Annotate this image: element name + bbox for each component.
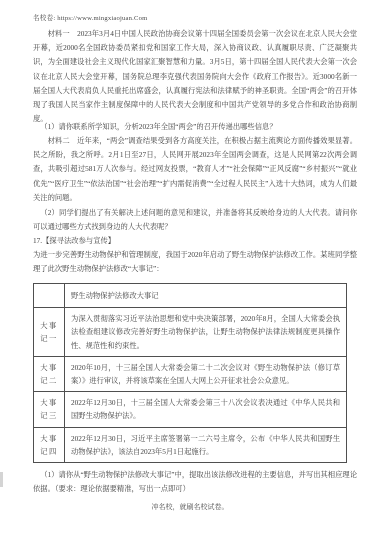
event-text: 2020年10月，十三届全国人大常委会第二十二次会议对《野生动物保护法（修订草案… <box>65 356 347 391</box>
material-two-paragraph: 材料二 近年来，“两会”调查结果受到各方高度关注，在积极占据主流舆论方面传播效果… <box>33 134 357 205</box>
event-label: 大事记一 <box>34 308 65 357</box>
table-row: 大事记四 2022年12月30日，习近平主席签署第一二六号主席令，公布《中华人民… <box>34 427 347 462</box>
question-16-sub1: （1）请你联系所学知识，分析2023年全国“两会”的召开传递出哪些信息？ <box>33 120 357 134</box>
event-label: 大事记三 <box>34 392 65 427</box>
table-header-row: 野生动物保护法修改大事记 <box>34 284 347 308</box>
question-16-sub2: （2）同学们提出了有关解决上述问题的意见和建议，并准备将其反映给身边的人大代表。… <box>33 206 357 234</box>
event-text: 2022年12月30日，十三届全国人大常委会第三十八次会议表决通过《中华人民共和… <box>65 392 347 427</box>
event-label: 大事记二 <box>34 356 65 391</box>
material-one-paragraph: 材料一 2023年3月4日中国人民政治协商会议第十四届全国委员会第一次会议在北京… <box>33 27 357 126</box>
table-row: 大事记三 2022年12月30日，十三届全国人大常委会第三十八次会议表决通过《中… <box>34 392 347 427</box>
table-row: 大事记一 为深入贯彻落实习近平法治思想和党中央决策部署，2020年8月，全国人大… <box>34 308 347 357</box>
table-corner-cell <box>34 284 65 308</box>
events-table: 野生动物保护法修改大事记 大事记一 为深入贯彻落实习近平法治思想和党中央决策部署… <box>33 283 347 463</box>
table-row: 大事记二 2020年10月，十三届全国人大常委会第二十二次会议对《野生动物保护法… <box>34 356 347 391</box>
footer-slogan: 冲名校，就刷名校试卷。 <box>0 502 380 512</box>
event-text: 为深入贯彻落实习近平法治思想和党中央决策部署，2020年8月，全国人大常委会执法… <box>65 308 347 357</box>
site-header: 名校卷: https://www.mingxiaojuan.Com <box>33 14 357 23</box>
table-title: 野生动物保护法修改大事记 <box>65 284 347 308</box>
question-17-heading: 17.【探寻法改参与宣传】 <box>33 234 357 248</box>
question-17-intro: 为进一步完善野生动物保护和管理制度，我国于2020年启动了野生动物保护法修改工作… <box>33 248 357 276</box>
scan-artifact <box>0 472 3 487</box>
exam-paper-page: 名校卷: https://www.mingxiaojuan.Com 材料一 20… <box>0 0 380 538</box>
question-17-sub1: （1）请你从“野生动物保护法修改大事记”中，提取出该法修改进程的主要信息，并写出… <box>33 468 357 496</box>
events-table-wrapper: 野生动物保护法修改大事记 大事记一 为深入贯彻落实习近平法治思想和党中央决策部署… <box>33 283 347 463</box>
event-label: 大事记四 <box>34 427 65 462</box>
event-text: 2022年12月30日，习近平主席签署第一二六号主席令，公布《中华人民共和国野生… <box>65 427 347 462</box>
